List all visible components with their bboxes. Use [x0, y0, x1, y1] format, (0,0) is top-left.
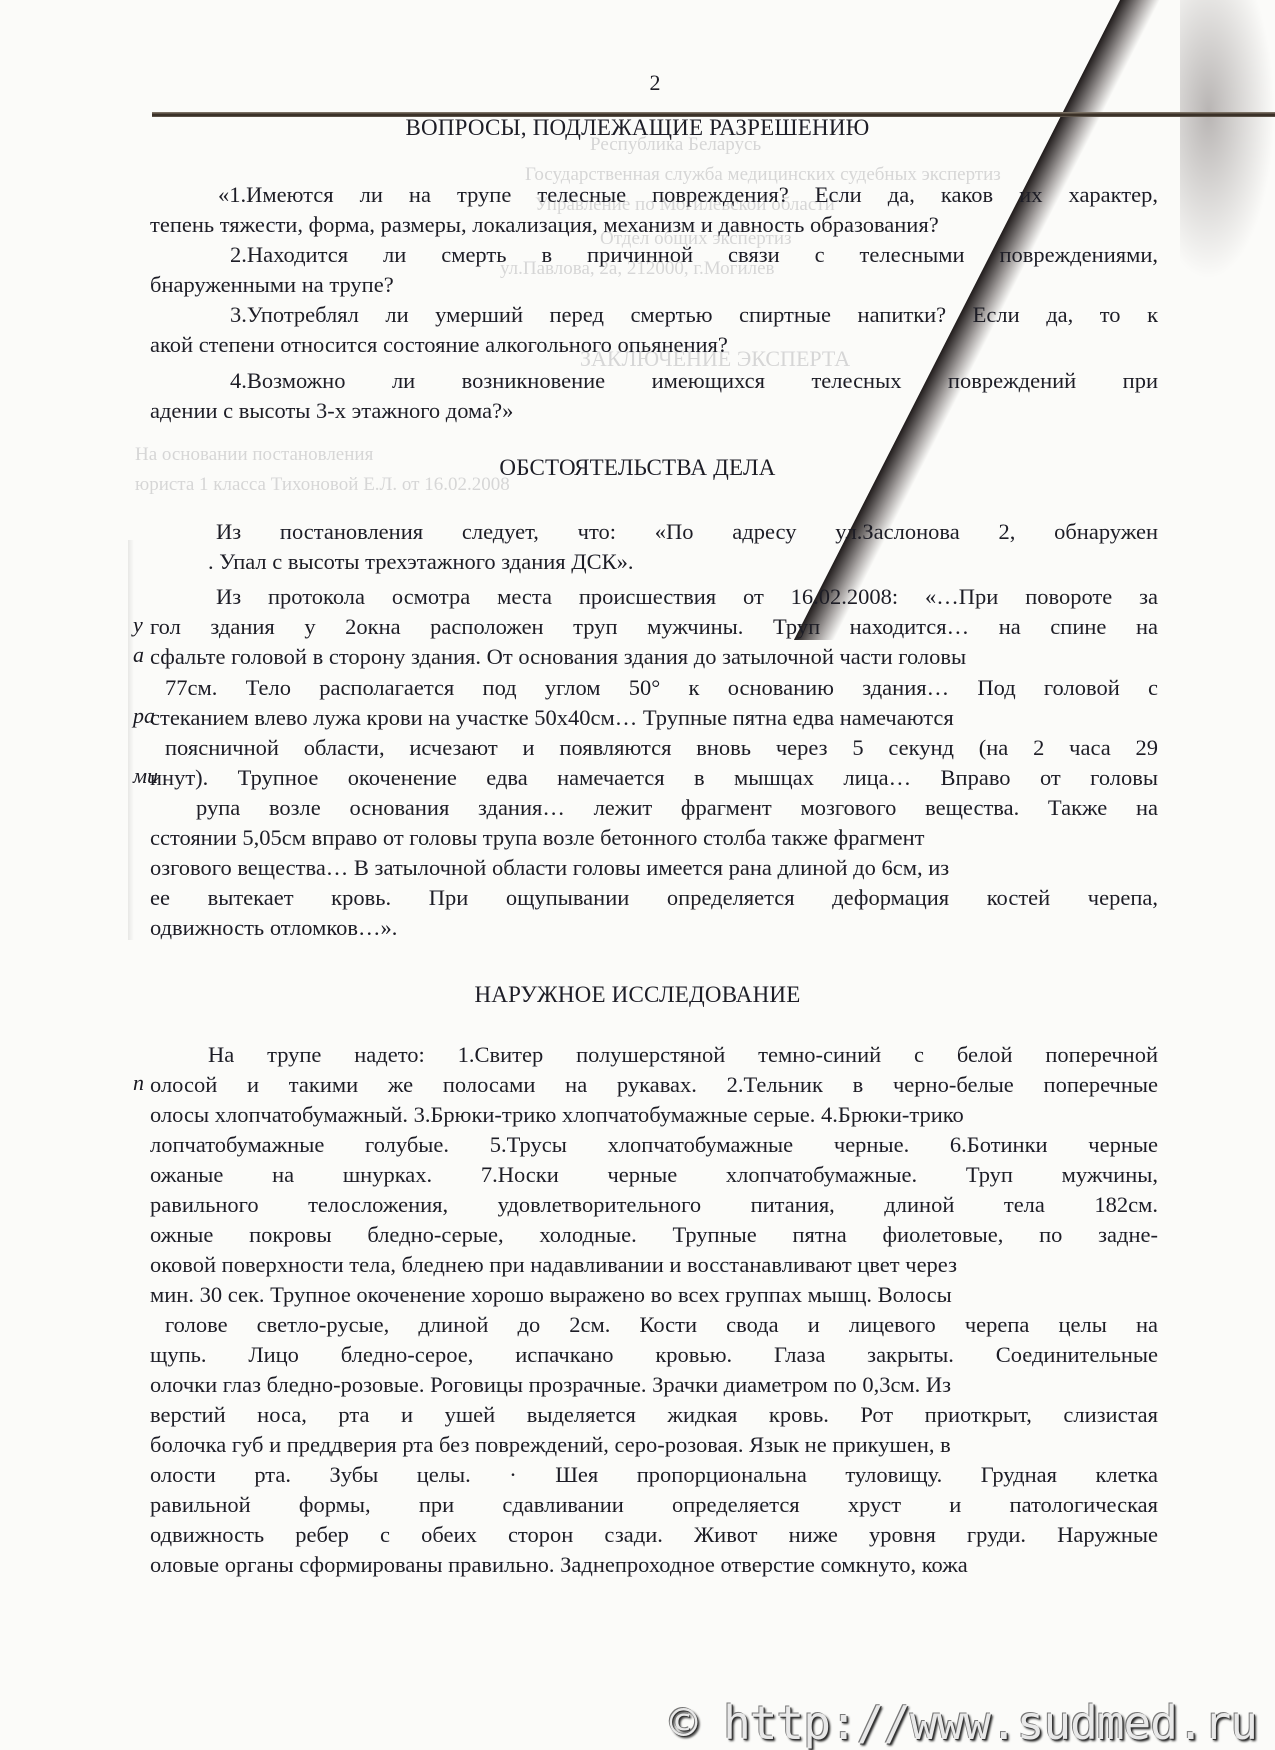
page-number: 2 — [0, 70, 1275, 96]
text-line: голове светло-русые, длиной до 2см. Кост… — [165, 1310, 1158, 1340]
text-line: олосой и такими же полосами на рукавах. … — [150, 1070, 1158, 1100]
text-line: рупа возле основания здания… лежит фрагм… — [196, 793, 1158, 823]
text-line: оловые органы сформированы правильно. За… — [150, 1550, 968, 1580]
text-line: щупь. Лицо бледно-серое, испачкано кровь… — [150, 1340, 1158, 1370]
text-line: На трупе надето: 1.Свитер полушерстяной … — [208, 1040, 1158, 1070]
text-line: лопчатобумажные голубые. 5.Трусы хлопчат… — [150, 1130, 1158, 1160]
text-line: равильной формы, при сдавливании определ… — [150, 1490, 1158, 1520]
text-line: стеканием влево лужа крови на участке 50… — [150, 703, 954, 733]
text-line: . Упал с высоты трехэтажного здания ДСК»… — [208, 547, 634, 577]
margin-handwriting: п — [133, 1070, 144, 1096]
margin-handwriting: у — [133, 612, 143, 638]
text-line: олочки глаз бледно-розовые. Роговицы про… — [150, 1370, 951, 1400]
text-line: адении с высоты 3-х этажного дома?» — [150, 396, 513, 426]
text-line: одвижность отломков…». — [150, 913, 397, 943]
scan-shadow — [128, 540, 134, 940]
section-heading-circumstances: ОБСТОЯТЕЛЬСТВА ДЕЛА — [0, 455, 1275, 481]
text-line: 4.Возможно ли возникновение имеющихся те… — [230, 366, 1158, 396]
text-line: сстоянии 5,05см вправо от головы трупа в… — [150, 823, 924, 853]
text-line: гол здания у 2окна расположен труп мужчи… — [150, 612, 1158, 642]
text-line: акой степени относится состояние алкогол… — [150, 330, 728, 360]
text-line: 3.Употреблял ли умерший перед смертью сп… — [230, 300, 1158, 330]
text-line: тепень тяжести, форма, размеры, локализа… — [150, 210, 939, 240]
text-line: инут). Трупное окоченение едва намечаетс… — [150, 763, 1158, 793]
margin-handwriting: ра — [133, 703, 155, 729]
text-line: ее вытекает кровь. При ощупывании опреде… — [150, 883, 1158, 913]
text-line: мин. 30 сек. Трупное окоченение хорошо в… — [150, 1280, 952, 1310]
text-line: Из протокола осмотра места происшествия … — [216, 582, 1158, 612]
document-page: Республика Беларусь Государственная служ… — [0, 0, 1275, 1750]
margin-handwriting: а — [133, 642, 144, 668]
text-line: ожные покровы бледно-серые, холодные. Тр… — [150, 1220, 1158, 1250]
text-line: болочка губ и преддверия рта без поврежд… — [150, 1430, 951, 1460]
text-line: сфальте головой в сторону здания. От осн… — [150, 642, 966, 672]
text-line: «1.Имеются ли на трупе телесные поврежде… — [218, 180, 1158, 210]
text-line: оковой поверхности тела, бледнею при над… — [150, 1250, 957, 1280]
text-line: 2.Находится ли смерть в причинной связи … — [230, 240, 1158, 270]
section-heading-external-exam: НАРУЖНОЕ ИССЛЕДОВАНИЕ — [0, 982, 1275, 1008]
text-line: ожаные на шнурках. 7.Носки черные хлопча… — [150, 1160, 1158, 1190]
text-line: поясничной области, исчезают и появляютс… — [165, 733, 1158, 763]
text-line: озгового вещества… В затылочной области … — [150, 853, 949, 883]
text-line: олости рта. Зубы целы. · Шея пропорциона… — [150, 1460, 1158, 1490]
text-line: 77см. Тело располагается под углом 50° к… — [165, 673, 1158, 703]
site-watermark: © http://www.sudmed.ru — [670, 1696, 1257, 1750]
text-line: верстий носа, рта и ушей выделяется жидк… — [150, 1400, 1158, 1430]
text-line: равильного телосложения, удовлетворитель… — [150, 1190, 1158, 1220]
section-heading-questions: ВОПРОСЫ, ПОДЛЕЖАЩИЕ РАЗРЕШЕНИЮ — [0, 115, 1275, 141]
text-line: бнаруженными на трупе? — [150, 270, 394, 300]
text-line: Из постановления следует, что: «По адрес… — [216, 517, 1158, 547]
text-line: одвижность ребер с обеих сторон сзади. Ж… — [150, 1520, 1158, 1550]
text-line: олосы хлопчатобумажный. 3.Брюки-трико хл… — [150, 1100, 964, 1130]
margin-handwriting: ми — [133, 763, 158, 789]
